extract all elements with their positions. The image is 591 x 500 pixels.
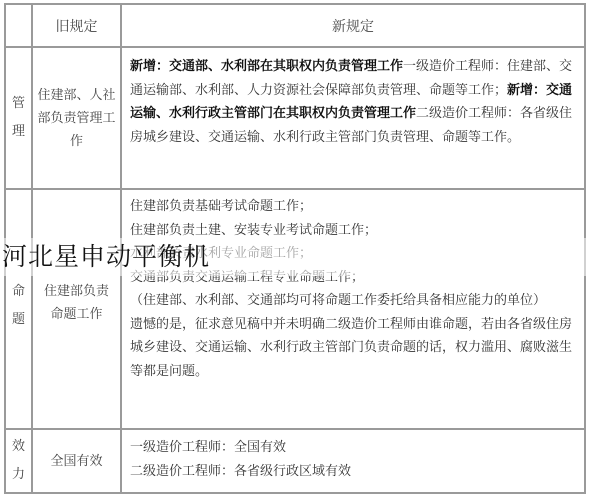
row-new-rule: 一级造价工程师：全国有效 二级造价工程师：各省级行政区域有效	[122, 430, 584, 492]
watermark-text: 河北星申动平衡机	[2, 238, 210, 276]
row-new-rule: 新增：交通部、水利部在其职权内负责管理工作一级造价工程师：住建部、交通运输部、水…	[122, 48, 584, 188]
table-row-management: 管理 住建部、人社部负责管理工作 新增：交通部、水利部在其职权内负责管理工作一级…	[6, 48, 584, 190]
row-old-rule: 住建部负责命题工作	[33, 190, 122, 428]
row-category: 管理	[6, 48, 33, 188]
header-new-rules: 新规定	[122, 5, 584, 46]
rule-line: 二级造价工程师：各省级行政区域有效	[130, 460, 574, 484]
rule-line: （住建部、水利部、交通部均可将命题工作委托给具备相应能力的单位）	[130, 289, 574, 313]
row-category: 命题	[6, 190, 33, 428]
row-category: 效力	[6, 430, 33, 492]
rule-line: 一级造价工程师：全国有效	[130, 436, 574, 460]
table-row-validity: 效力 全国有效 一级造价工程师：全国有效 二级造价工程师：各省级行政区域有效	[6, 430, 584, 492]
row-new-rule: 住建部负责基础考试命题工作； 住建部负责土建、安装专业考试命题工作； 水利部负责…	[122, 190, 584, 428]
row-old-rule: 住建部、人社部负责管理工作	[33, 48, 122, 188]
row-old-rule: 全国有效	[33, 430, 122, 492]
rule-line: 遗憾的是，征求意见稿中并未明确二级造价工程师由谁命题，若由各省级住房城乡建设、交…	[130, 313, 574, 384]
header-category	[6, 5, 33, 46]
rule-line: 住建部负责基础考试命题工作；	[130, 195, 574, 219]
header-old-rules: 旧规定	[33, 5, 122, 46]
table-row-exam-questions: 命题 住建部负责命题工作 住建部负责基础考试命题工作； 住建部负责土建、安装专业…	[6, 190, 584, 430]
table-header-row: 旧规定 新规定	[6, 5, 584, 48]
new-addition-text: 新增：交通部、水利部在其职权内负责管理工作	[130, 59, 403, 74]
